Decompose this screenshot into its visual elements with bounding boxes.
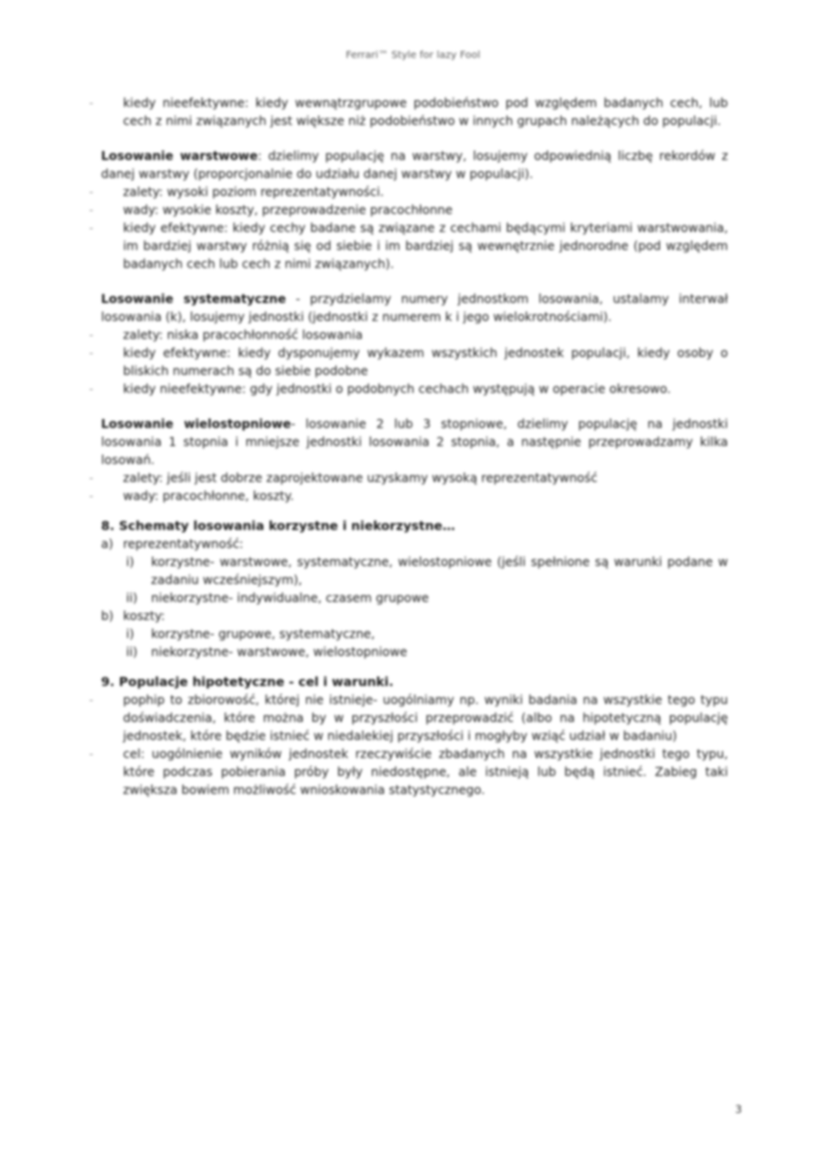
list-item: zalety: wysoki poziom reprezentatywności… xyxy=(101,183,728,201)
document-body: kiedy nieefektywne: kiedy wewnątrzgrupow… xyxy=(101,94,728,799)
warstwowe-list: zalety: wysoki poziom reprezentatywności… xyxy=(101,183,728,273)
wielostopniowe-list: zalety: jeśli jest dobrze zaprojektowane… xyxy=(101,469,728,505)
page-number: 3 xyxy=(735,1103,742,1116)
list-item: zalety: niska pracochłonność losowania xyxy=(101,326,728,344)
list-item: a)reprezentatywność: xyxy=(101,535,728,553)
list-item: wady: wysokie koszty, przeprowadzenie pr… xyxy=(101,201,728,219)
intro-list: kiedy nieefektywne: kiedy wewnątrzgrupow… xyxy=(101,94,728,130)
term-systematyczne: Losowanie systematyczne xyxy=(101,292,286,306)
paragraph-systematyczne: Losowanie systematyczne - przydzielamy n… xyxy=(101,290,728,326)
list-item: pophip to zbiorowość, której nie istniej… xyxy=(101,691,728,745)
section-9-heading: 9. Populacje hipotetyczne - cel i warunk… xyxy=(101,673,728,691)
paragraph-warstwowe: Losowanie warstwowe: dzielimy populację … xyxy=(101,147,728,183)
list-item: ii)niekorzystne- indywidualne, czasem gr… xyxy=(101,589,728,607)
term-wielostopniowe: Losowanie wielostopniowe xyxy=(101,417,291,431)
section-8-heading: 8. Schematy losowania korzystne i niekor… xyxy=(101,517,728,535)
list-item: kiedy efektywne: kiedy cechy badane są z… xyxy=(101,219,728,273)
list-item: cel: uogólnienie wyników jednostek rzecz… xyxy=(101,745,728,799)
list-item: i)korzystne- warstwowe, systematyczne, w… xyxy=(101,553,728,589)
list-item: ii)niekorzystne- warstwowe, wielostopnio… xyxy=(101,643,728,661)
list-item: kiedy nieefektywne: gdy jednostki o podo… xyxy=(101,380,728,398)
list-item: i)korzystne- grupowe, systematyczne, xyxy=(101,625,728,643)
term-warstwowe: Losowanie warstwowe xyxy=(101,149,258,163)
list-item: b)koszty: xyxy=(101,607,728,625)
section-9-list: pophip to zbiorowość, której nie istniej… xyxy=(101,691,728,799)
list-item: wady: pracochłonne, koszty. xyxy=(101,487,728,505)
list-item: kiedy efektywne: kiedy dysponujemy wykaz… xyxy=(101,344,728,380)
list-item: zalety: jeśli jest dobrze zaprojektowane… xyxy=(101,469,728,487)
list-item: kiedy nieefektywne: kiedy wewnątrzgrupow… xyxy=(101,94,728,130)
paragraph-wielostopniowe: Losowanie wielostopniowe- losowanie 2 lu… xyxy=(101,415,728,469)
running-header: Ferrari™ Style for lazy Fool xyxy=(0,50,826,61)
document-page: Ferrari™ Style for lazy Fool kiedy nieef… xyxy=(0,0,826,1169)
systematyczne-list: zalety: niska pracochłonność losowania k… xyxy=(101,326,728,398)
